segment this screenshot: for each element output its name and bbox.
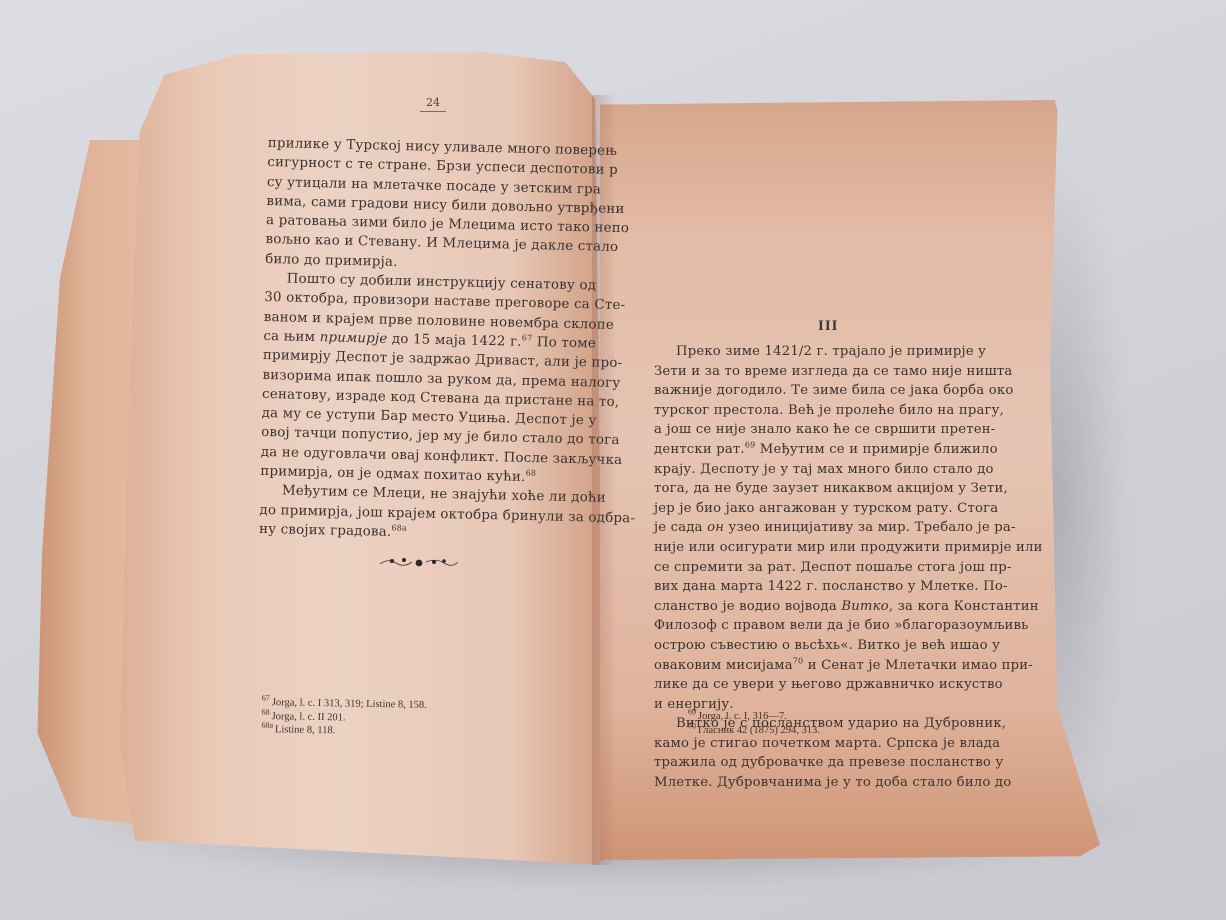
text-line: се спремити за рат. Деспот пошаље стога … xyxy=(654,558,1034,578)
text-line: вих дана марта 1422 г. посланство у Млет… xyxy=(654,577,1034,597)
text-line: Преко зиме 1421/2 г. трајало је примирје… xyxy=(654,342,1034,362)
text-line: а још се није знало како ће се свршити п… xyxy=(654,420,1034,440)
text-line: је сада он узео иницијативу за мир. Треб… xyxy=(654,518,1034,538)
footnote-mark: 68 xyxy=(262,707,272,716)
page-number: 24 xyxy=(420,96,446,112)
footnote-ref: 69 xyxy=(745,441,756,450)
footnote-mark: 70 xyxy=(688,721,698,730)
text-line: тога, да не буде заузет никаквом акцијом… xyxy=(654,479,1034,499)
italic-term: Витко xyxy=(841,599,889,614)
text-line: тражила од дубровачке да превезе посланс… xyxy=(654,753,1034,773)
footnote-mark: 69 xyxy=(688,708,698,717)
text-line: Филозоф с правом вели да је био »благора… xyxy=(654,616,1034,636)
left-page-body: прилике у Турској нису уливале много пов… xyxy=(259,134,600,547)
text-line: дентски рат.69 Међутим се и примирје бли… xyxy=(654,440,1034,460)
footnote: 68a Listine 8, 118. xyxy=(261,723,426,739)
text-line: оваковим мисијама70 и Сенат је Млетачки … xyxy=(654,656,1034,676)
floral-ornament-icon xyxy=(378,554,460,570)
left-footnotes: 67 Jorga, l. c. I 313, 319; Listine 8, 1… xyxy=(261,696,427,739)
text-line: важније догодило. Те зиме била се јака б… xyxy=(654,381,1034,401)
text-line: острою съвестию о вьсѣхь«. Витко је већ … xyxy=(654,636,1034,656)
chapter-heading: III xyxy=(818,318,839,335)
text-line: Зети и за то време изгледа да се тамо ни… xyxy=(654,362,1034,382)
footnote: 70 Гласник 42 (1875) 294, 313. xyxy=(688,724,820,738)
text-line: крају. Деспоту је у тај мах много било с… xyxy=(654,460,1034,480)
text-line: сланство је водио војвода Витко, за кога… xyxy=(654,597,1034,617)
footnote-mark: 68a xyxy=(261,720,275,729)
footnote-ref: 68a xyxy=(391,523,407,532)
footnote-ref: 68 xyxy=(526,469,537,478)
italic-term: примирје xyxy=(319,330,387,347)
text-line: лике да се увери у његово државничко иск… xyxy=(654,675,1034,695)
right-footnotes: 69 Jorga, l. c. I, 316—7.70 Гласник 42 (… xyxy=(688,710,820,737)
italic-term: он xyxy=(707,520,724,535)
text-line: Млетке. Дубровчанима је у то доба стало … xyxy=(654,773,1034,793)
text-line: јер је био јако ангажован у турском рату… xyxy=(654,499,1034,519)
footnote-ref: 67 xyxy=(522,333,533,342)
footnote-mark: 67 xyxy=(262,694,272,703)
footnote-ref: 70 xyxy=(793,656,804,665)
text-line: није или осигурати мир или продужити при… xyxy=(654,538,1034,558)
text-line: турског престола. Већ је пролеће било на… xyxy=(654,401,1034,421)
footnote: 69 Jorga, l. c. I, 316—7. xyxy=(688,710,820,724)
